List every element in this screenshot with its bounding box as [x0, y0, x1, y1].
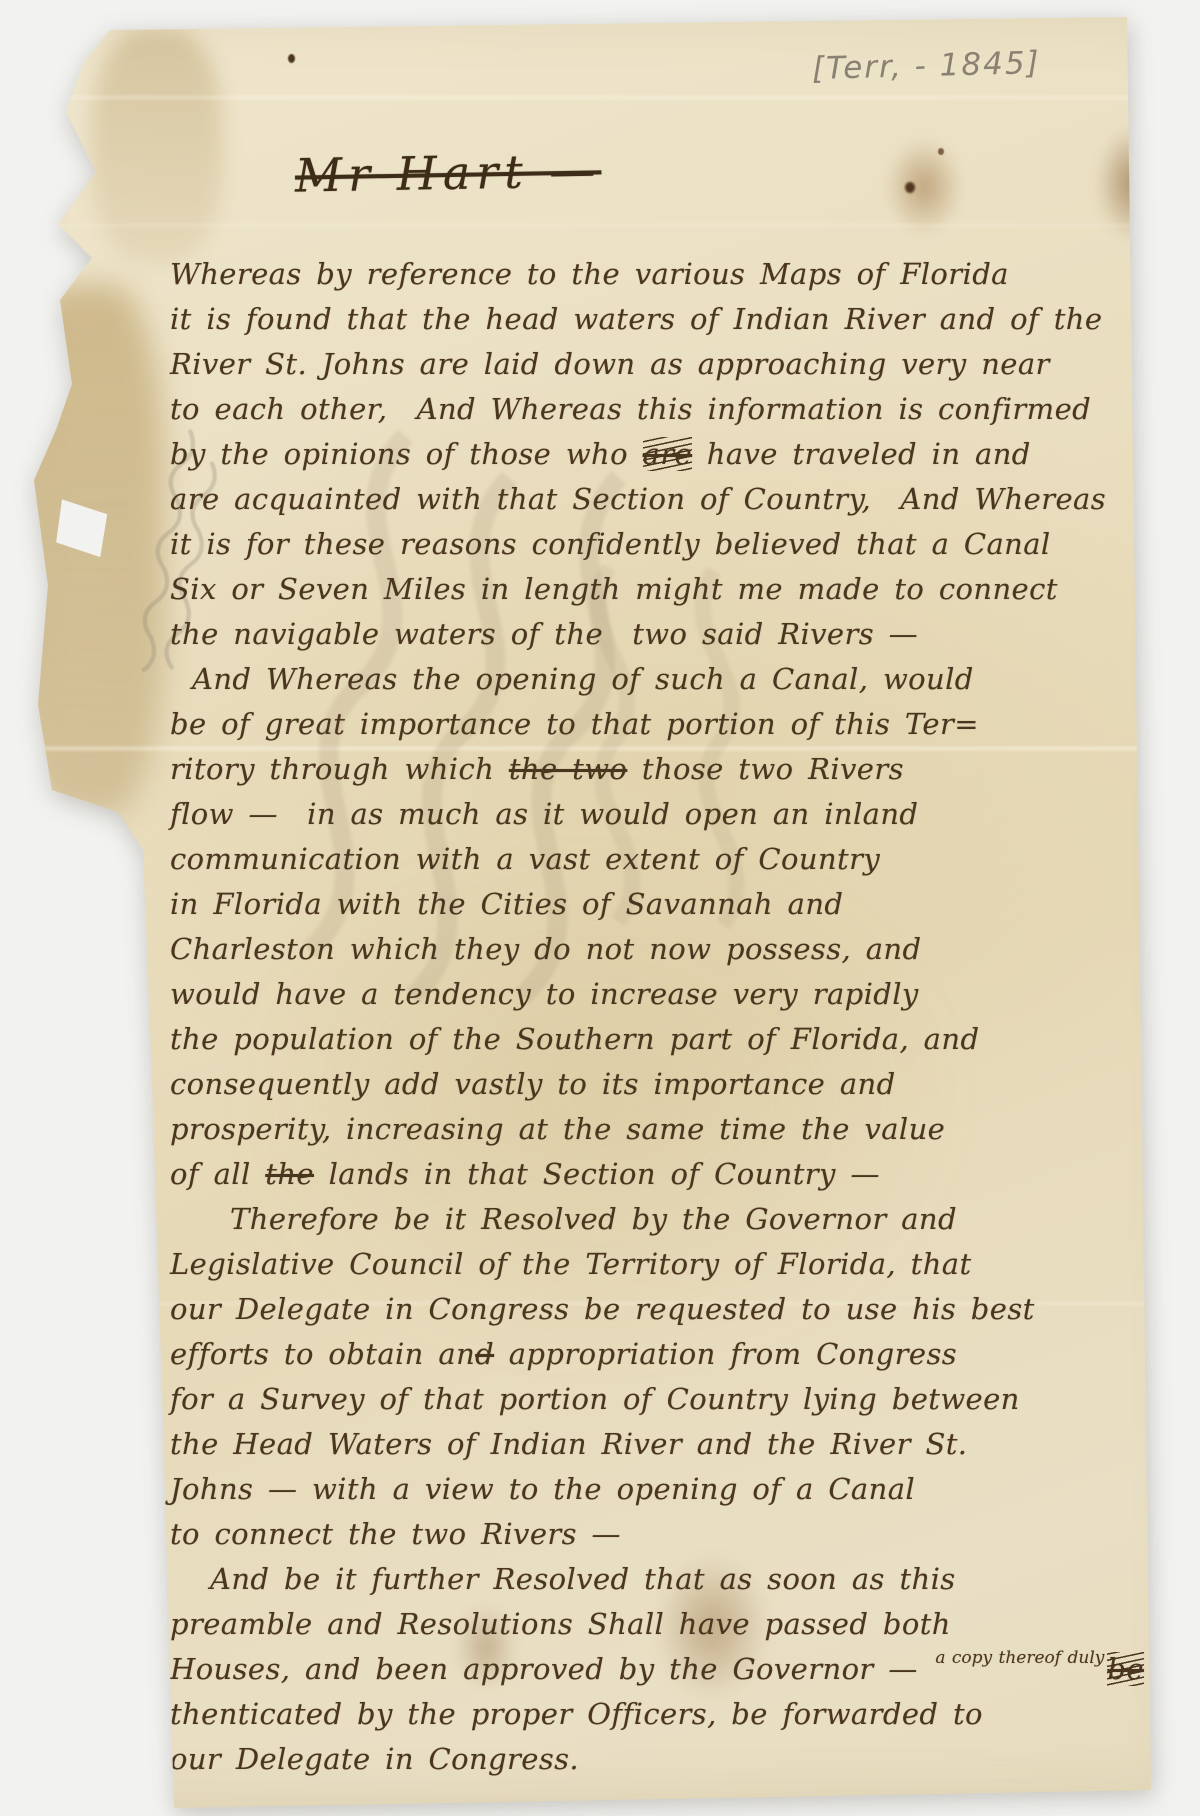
text-segment: Whereas by reference to the various Maps… [170, 257, 1009, 291]
text-segment: Houses, and been approved by the Governo… [170, 1652, 932, 1686]
text-segment: the navigable waters of the two said Riv… [170, 617, 918, 651]
text-segment: au= [1144, 1652, 1200, 1686]
text-segment: Charleston which they do not now possess… [170, 932, 921, 966]
text-segment: of all [170, 1157, 265, 1191]
text-segment: preamble and Resolutions Shall have pass… [170, 1607, 951, 1641]
crease-line [0, 96, 1200, 99]
text-segment: in Florida with the Cities of Savannah a… [170, 887, 843, 921]
manuscript-line: the population of the Southern part of F… [170, 1017, 1040, 1062]
text-segment: Therefore be it Resolved by the Governor… [230, 1202, 957, 1236]
text-segment: those two Rivers [627, 752, 904, 786]
struck-text: are [643, 437, 693, 471]
text-segment: for a Survey of that portion of Country … [170, 1382, 1020, 1416]
manuscript-line: Six or Seven Miles in length might me ma… [170, 567, 1040, 612]
text-segment: have traveled in and [692, 437, 1031, 471]
manuscript-line: the Head Waters of Indian River and the … [170, 1422, 1040, 1467]
stain [885, 138, 963, 236]
struck-text: the [265, 1157, 314, 1191]
crease-line [0, 224, 1200, 227]
interlined-insertion: a copy thereof duly [935, 1650, 1104, 1667]
manuscript-line: by the opinions of those who are have tr… [170, 432, 1040, 477]
manuscript-line: it is found that the head waters of Indi… [170, 297, 1040, 342]
text-segment: lands in that Section of Country — [314, 1157, 880, 1191]
manuscript-line: the navigable waters of the two said Riv… [170, 612, 1040, 657]
text-segment: And Whereas the opening of such a Canal,… [192, 662, 974, 696]
text-segment: flow — in as much as it would open an in… [170, 797, 918, 831]
text-segment: Legislative Council of the Territory of … [170, 1247, 972, 1281]
manuscript-line: would have a tendency to increase very r… [170, 972, 1040, 1017]
manuscript-line: efforts to obtain and appropriation from… [170, 1332, 1040, 1377]
text-segment: consequently add vastly to its importanc… [170, 1067, 896, 1101]
manuscript-line: prosperity, increasing at the same time … [170, 1107, 1040, 1152]
manuscript-line: for a Survey of that portion of Country … [170, 1377, 1040, 1422]
manuscript-line: And Whereas the opening of such a Canal,… [170, 657, 1040, 702]
manuscript-line: consequently add vastly to its importanc… [170, 1062, 1040, 1107]
manuscript-line: our Delegate in Congress. [170, 1737, 1040, 1782]
manuscript-line: And be it further Resolved that as soon … [170, 1557, 1040, 1602]
text-segment: Six or Seven Miles in length might me ma… [170, 572, 1058, 606]
manuscript-line: Johns — with a view to the opening of a … [170, 1467, 1040, 1512]
manuscript-line: flow — in as much as it would open an in… [170, 792, 1040, 837]
text-segment: River St. Johns are laid down as approac… [170, 347, 1050, 381]
torn-hole [55, 492, 113, 566]
text-segment: ritory through which [170, 752, 509, 786]
struck-heading: Mr Hart — [295, 143, 602, 202]
archive-annotation: [Terr, - 1845] [812, 45, 1042, 87]
manuscript-line: Houses, and been approved by the Governo… [170, 1647, 1040, 1692]
text-segment: efforts to obtain an [170, 1337, 475, 1371]
manuscript-line: ritory through which the two those two R… [170, 747, 1040, 792]
manuscript-line: thenticated by the proper Officers, be f… [170, 1692, 1040, 1737]
manuscript-line: be of great importance to that portion o… [170, 702, 1040, 747]
scanned-document-page: [Terr, - 1845] Mr Hart — Whereas by refe… [0, 0, 1200, 1816]
text-segment: thenticated by the proper Officers, be f… [170, 1697, 983, 1731]
manuscript-line: to each other, And Whereas this informat… [170, 387, 1040, 432]
manuscript-body: Whereas by reference to the various Maps… [170, 252, 1040, 1782]
manuscript-line: of all the lands in that Section of Coun… [170, 1152, 1040, 1197]
stain [92, 28, 222, 263]
text-segment: And be it further Resolved that as soon … [210, 1562, 956, 1596]
text-segment: appropriation from Congress [494, 1337, 957, 1371]
text-segment: Johns — with a view to the opening of a … [170, 1472, 915, 1506]
ink-spot [938, 148, 944, 155]
manuscript-line: are acquainted with that Section of Coun… [170, 477, 1040, 522]
text-segment: to connect the two Rivers — [170, 1517, 621, 1551]
text-segment: it is found that the head waters of Indi… [170, 302, 1102, 336]
text-segment: be of great importance to that portion o… [170, 707, 979, 741]
text-segment: the population of the Southern part of F… [170, 1022, 979, 1056]
paper-sheet-wrapper: [Terr, - 1845] Mr Hart — Whereas by refe… [0, 0, 1200, 1816]
ink-spot [288, 54, 295, 63]
text-segment: are acquainted with that Section of Coun… [170, 482, 1106, 516]
manuscript-line: it is for these reasons confidently beli… [170, 522, 1040, 567]
text-segment: the Head Waters of Indian River and the … [170, 1427, 967, 1461]
text-segment: our Delegate in Congress. [170, 1742, 579, 1776]
struck-text: d [475, 1337, 494, 1371]
manuscript-line: Charleston which they do not now possess… [170, 927, 1040, 972]
struck-text: be [1107, 1652, 1144, 1686]
text-segment: prosperity, increasing at the same time … [170, 1112, 945, 1146]
manuscript-line: Therefore be it Resolved by the Governor… [170, 1197, 1040, 1242]
text-segment: communication with a vast extent of Coun… [170, 842, 880, 876]
text-segment: by the opinions of those who [170, 437, 643, 471]
manuscript-line: communication with a vast extent of Coun… [170, 837, 1040, 882]
manuscript-line: to connect the two Rivers — [170, 1512, 1040, 1557]
manuscript-line: Legislative Council of the Territory of … [170, 1242, 1040, 1287]
text-segment: our Delegate in Congress be requested to… [170, 1292, 1035, 1326]
manuscript-line: our Delegate in Congress be requested to… [170, 1287, 1040, 1332]
text-segment: to each other, And Whereas this informat… [170, 392, 1091, 426]
text-segment: would have a tendency to increase very r… [170, 977, 919, 1011]
manuscript-line: River St. Johns are laid down as approac… [170, 342, 1040, 387]
ink-spot [905, 182, 915, 193]
text-segment: it is for these reasons confidently beli… [170, 527, 1051, 561]
paper-sheet: [Terr, - 1845] Mr Hart — Whereas by refe… [0, 0, 1200, 1816]
manuscript-line: in Florida with the Cities of Savannah a… [170, 882, 1040, 927]
struck-text: the two [509, 752, 627, 786]
manuscript-line: preamble and Resolutions Shall have pass… [170, 1602, 1040, 1647]
manuscript-line: Whereas by reference to the various Maps… [170, 252, 1040, 297]
